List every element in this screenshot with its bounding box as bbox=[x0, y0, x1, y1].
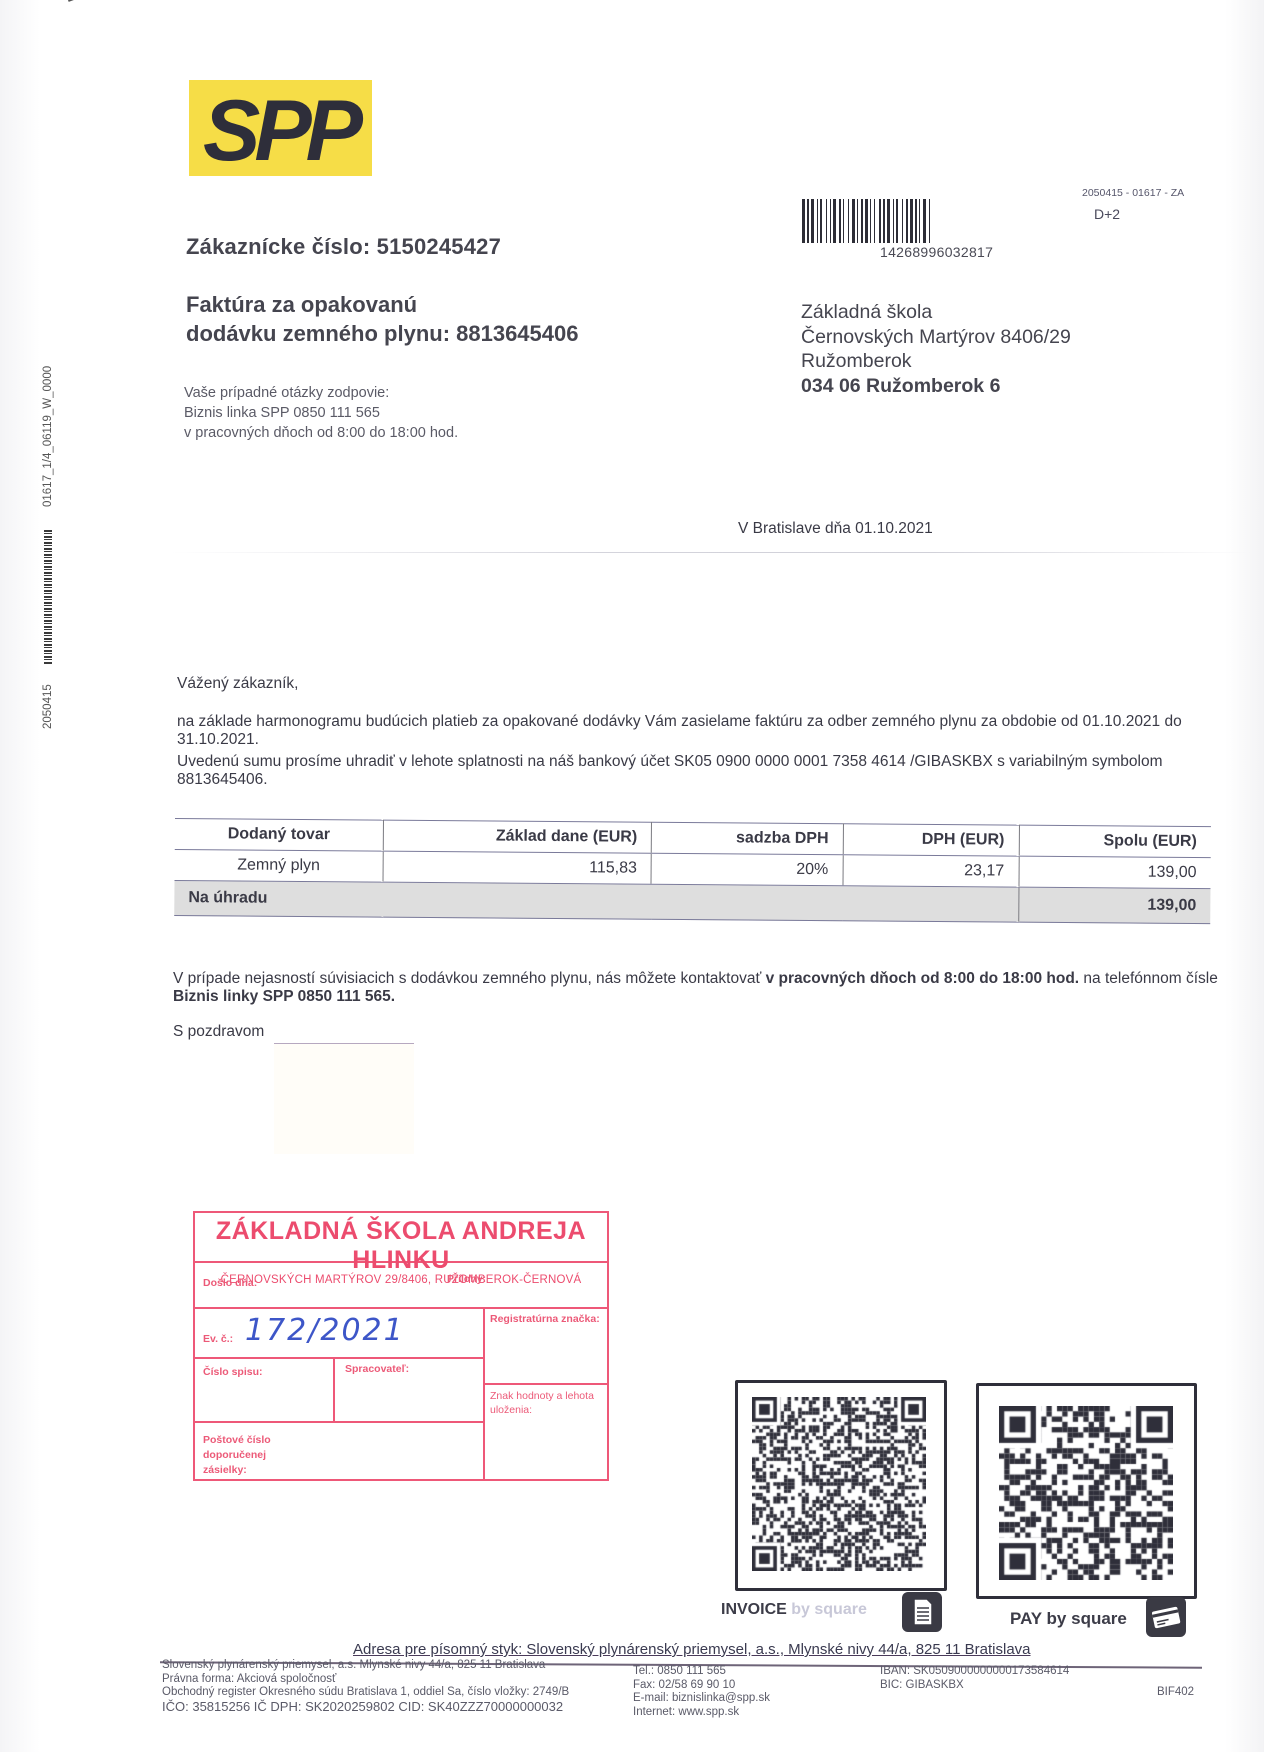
cell-vat: 23,17 bbox=[843, 855, 1019, 887]
barcode-number: 14268996032817 bbox=[880, 244, 993, 260]
invoice-title-line1: Faktúra za opakovanú bbox=[186, 290, 579, 319]
stamp-registry-no-label: Ev. č.: bbox=[203, 1333, 233, 1345]
stamp-vline-right bbox=[483, 1309, 487, 1479]
postal-barcode bbox=[802, 199, 1068, 243]
cell-vat-rate: 20% bbox=[651, 853, 843, 886]
footer-ids: IČO: 35815256 IČ DPH: SK2020259802 CID: … bbox=[162, 1700, 569, 1714]
cell-total: 139,00 bbox=[1019, 856, 1211, 889]
total-value: 139,00 bbox=[1018, 887, 1210, 924]
para3-text-1: V prípade nejasností súvisiacich s dodáv… bbox=[173, 970, 766, 987]
contact-line3: v pracovných dňoch od 8:00 do 18:00 hod. bbox=[184, 423, 458, 443]
letter-paragraph-3: V prípade nejasností súvisiacich s dodáv… bbox=[173, 970, 1233, 1006]
invoice-qr-frame bbox=[735, 1380, 947, 1591]
para3-hours: v pracovných dňoch od 8:00 do 18:00 hod. bbox=[766, 970, 1080, 987]
recipient-city: Ružomberok bbox=[801, 349, 1071, 374]
invoice-title-line2: dodávku zemného plynu: 8813645406 bbox=[186, 319, 579, 348]
sort-code: 2050415 - 01617 - ZA bbox=[1082, 187, 1184, 199]
side-barcode bbox=[44, 530, 52, 665]
letter-paragraph-1: na základe harmonogramu budúcich platieb… bbox=[177, 713, 1217, 749]
svg-text:SPP: SPP bbox=[203, 83, 364, 176]
document-icon bbox=[902, 1592, 942, 1632]
contact-line1: Vaše prípadné otázky zodpovie: bbox=[184, 383, 458, 403]
recipient-postcode: 034 06 Ružomberok 6 bbox=[801, 374, 1071, 399]
stamp-hline-2 bbox=[195, 1421, 483, 1425]
stamp-postal-no-label: Poštové číslo doporučenej zásielky: bbox=[203, 1433, 283, 1478]
col-header-goods: Dodaný tovar bbox=[175, 819, 384, 852]
side-code-top: 01617_1/4_06119_W_0000 bbox=[42, 366, 54, 507]
footer-register: Obchodný register Okresného súdu Bratisl… bbox=[162, 1686, 569, 1700]
col-header-vat-rate: sadzba DPH bbox=[652, 822, 844, 855]
footer-form-code: BIF402 bbox=[1157, 1686, 1194, 1700]
footer-fax: Fax: 02/58 69 90 10 bbox=[633, 1679, 770, 1693]
contact-line2: Biznis linka SPP 0850 111 565 bbox=[184, 403, 458, 423]
footer-bank: IBAN: SK0509000000000173584614 BIC: GIBA… bbox=[880, 1665, 1069, 1692]
spp-logo: SPP bbox=[189, 80, 372, 176]
delivery-code: D+2 bbox=[1094, 206, 1120, 222]
signature-area bbox=[274, 1043, 414, 1154]
letter-date: V Bratislave dňa 01.10.2021 bbox=[738, 520, 933, 538]
footer-contacts: Tel.: 0850 111 565 Fax: 02/58 69 90 10 E… bbox=[633, 1665, 770, 1719]
stamp-retention-label: Znak hodnoty a lehota uloženia: bbox=[490, 1389, 600, 1417]
recipient-name: Základná škola bbox=[801, 300, 1071, 325]
correspondence-address: Adresa pre písomný styk: Slovenský plyná… bbox=[353, 1641, 1031, 1658]
stamp-processor-label: Spracovateľ: bbox=[345, 1363, 409, 1375]
para3-text-2: na telefónnom čísle bbox=[1079, 970, 1218, 987]
letter-paragraph-2: Uvedenú sumu prosíme uhradiť v lehote sp… bbox=[177, 753, 1217, 789]
stamp-hline-right bbox=[485, 1383, 607, 1387]
stamp-registry-no-handwritten[interactable]: 172/2021 bbox=[245, 1313, 405, 1348]
table-total-row: Na úhradu 139,00 bbox=[174, 880, 1210, 923]
col-header-tax-base: Základ dane (EUR) bbox=[383, 820, 652, 853]
pay-qr-frame bbox=[976, 1383, 1197, 1599]
invoice-label: INVOICE bbox=[721, 1601, 787, 1618]
side-code-bottom: 2050415 bbox=[42, 684, 54, 729]
registry-stamp: ZÁKLADNÁ ŠKOLA ANDREJA HLINKU ČERNOVSKÝC… bbox=[193, 1211, 609, 1481]
customer-number: Zákaznícke číslo: 5150245427 bbox=[186, 234, 501, 260]
stamp-header: ZÁKLADNÁ ŠKOLA ANDREJA HLINKU ČERNOVSKÝC… bbox=[195, 1213, 607, 1263]
invoice-title: Faktúra za opakovanú dodávku zemného ply… bbox=[186, 290, 579, 348]
stamp-registration-mark-label: Registratúrna značka: bbox=[490, 1313, 600, 1325]
contact-info: Vaše prípadné otázky zodpovie: Biznis li… bbox=[184, 383, 458, 443]
footer-company-name: Slovenský plynárenský priemysel, a.s. Ml… bbox=[162, 1659, 569, 1673]
stamp-attachments-label: Prílohy: bbox=[447, 1273, 486, 1285]
spp-logo-icon: SPP bbox=[189, 80, 372, 176]
footer-email[interactable]: E-mail: biznislinka@spp.sk bbox=[633, 1692, 770, 1706]
pay-qr-code[interactable] bbox=[999, 1406, 1173, 1580]
footer-legal-form: Právna forma: Akciová spoločnosť bbox=[162, 1673, 569, 1687]
fold-line bbox=[170, 552, 1250, 553]
pay-by-square-label: PAY by square bbox=[1010, 1609, 1127, 1629]
para3-phone: Biznis linky SPP 0850 111 565. bbox=[173, 988, 395, 1005]
footer-company-info: Slovenský plynárenský priemysel, a.s. Ml… bbox=[162, 1659, 569, 1713]
closing: S pozdravom bbox=[173, 1023, 264, 1041]
stamp-hline-1 bbox=[195, 1357, 483, 1361]
col-header-total: Spolu (EUR) bbox=[1019, 825, 1211, 858]
by-square-label: by square bbox=[791, 1601, 867, 1618]
invoice-table: Dodaný tovar Základ dane (EUR) sadzba DP… bbox=[174, 818, 1211, 924]
card-icon bbox=[1146, 1597, 1186, 1637]
footer-phone: Tel.: 0850 111 565 bbox=[633, 1665, 770, 1679]
recipient-street: Černovských Martýrov 8406/29 bbox=[801, 325, 1071, 350]
footer-website[interactable]: Internet: www.spp.sk bbox=[633, 1706, 770, 1720]
invoice-by-square-label: INVOICE by square bbox=[721, 1601, 867, 1619]
total-label: Na úhradu bbox=[174, 880, 1018, 922]
stamp-vline-mid bbox=[333, 1359, 337, 1421]
recipient-address: Základná škola Černovských Martýrov 8406… bbox=[801, 300, 1071, 398]
stamp-file-no-label: Číslo spisu: bbox=[203, 1366, 263, 1378]
footer-bic: BIC: GIBASKBX bbox=[880, 1679, 1069, 1693]
invoice-qr-code[interactable] bbox=[752, 1397, 926, 1571]
footer-iban: IBAN: SK0509000000000173584614 bbox=[880, 1665, 1069, 1679]
cell-goods: Zemný plyn bbox=[175, 849, 384, 882]
salutation: Vážený zákazník, bbox=[177, 675, 298, 693]
cell-tax-base: 115,83 bbox=[383, 851, 652, 884]
col-header-vat: DPH (EUR) bbox=[843, 824, 1019, 856]
stamp-received-label: Došlo dňa: bbox=[203, 1277, 257, 1289]
